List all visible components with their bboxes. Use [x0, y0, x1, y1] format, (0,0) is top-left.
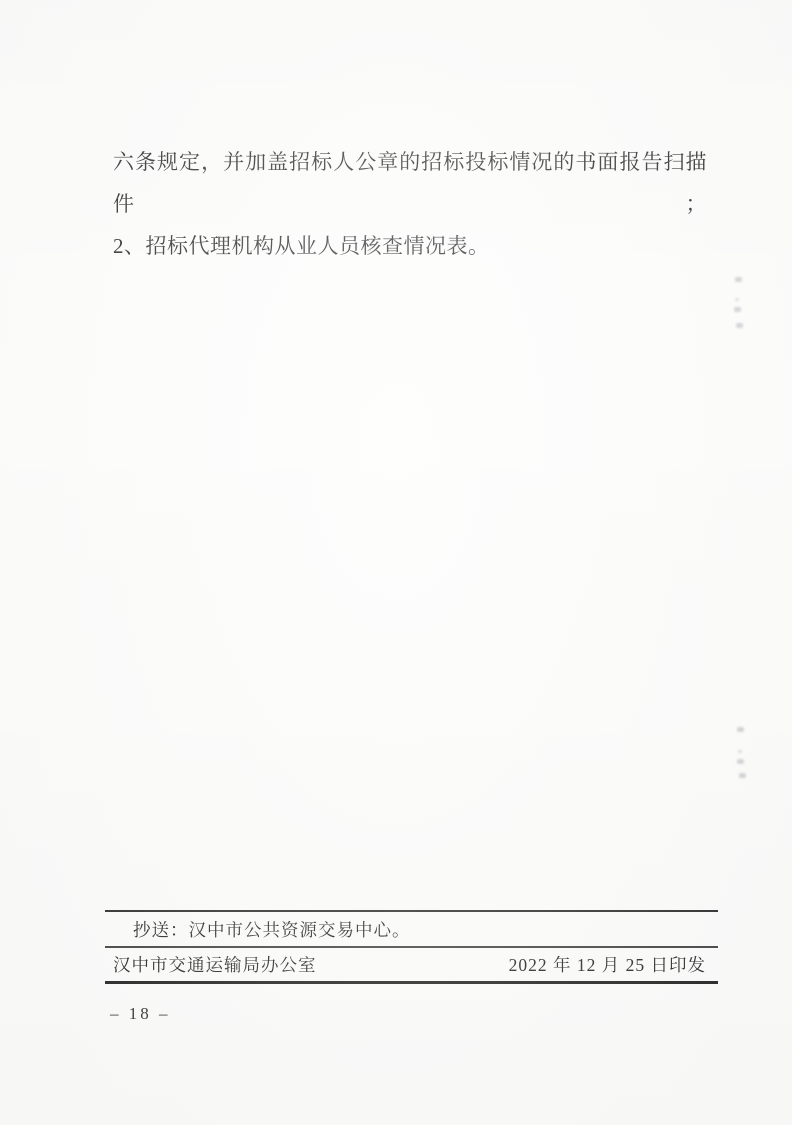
- body-text-line-1: 六条规定，并加盖招标人公章的招标投标情况的书面报告扫描件；: [113, 141, 707, 225]
- scan-artifact: [738, 750, 742, 753]
- document-page: 六条规定，并加盖招标人公章的招标投标情况的书面报告扫描件； 2、招标代理机构从业…: [0, 0, 792, 1125]
- scan-artifact: [736, 323, 743, 328]
- body-text-line-2: 2、招标代理机构从业人员核查情况表。: [113, 225, 707, 267]
- page-number: – 18 –: [110, 1004, 171, 1024]
- scan-artifact: [734, 307, 741, 312]
- issuing-office: 汉中市交通运输局办公室: [113, 952, 317, 977]
- footer-rule-bottom: [105, 981, 718, 984]
- issue-row: 汉中市交通运输局办公室 2022 年 12 月 25 日印发: [105, 948, 718, 981]
- scan-artifact: [737, 727, 744, 732]
- print-date: 2022 年 12 月 25 日印发: [509, 952, 706, 977]
- scan-artifact: [735, 277, 742, 282]
- document-footer: 抄送：汉中市公共资源交易中心。 汉中市交通运输局办公室 2022 年 12 月 …: [105, 910, 718, 984]
- cc-text: 抄送：汉中市公共资源交易中心。: [133, 917, 411, 942]
- document-body: 六条规定，并加盖招标人公章的招标投标情况的书面报告扫描件； 2、招标代理机构从业…: [113, 141, 707, 267]
- scan-artifact: [739, 773, 746, 778]
- scan-artifact: [735, 298, 739, 301]
- cc-row: 抄送：汉中市公共资源交易中心。: [105, 912, 718, 946]
- scan-artifact: [737, 759, 744, 764]
